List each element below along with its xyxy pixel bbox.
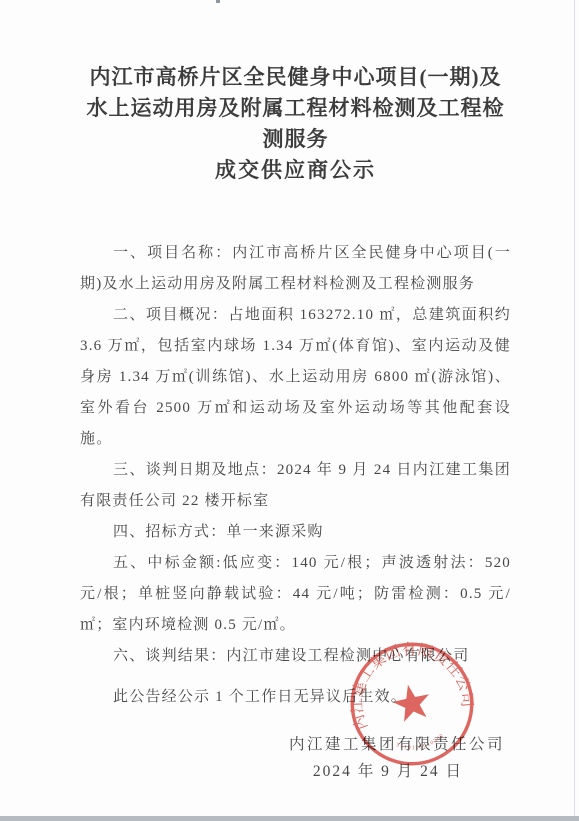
scanned-announcement-page: 内江市高桥片区全民健身中心项目(一期)及水上运动用房及附属工程材料检测及工程检测…	[0, 0, 579, 821]
document-content: 内江市高桥片区全民健身中心项目(一期)及水上运动用房及附属工程材料检测及工程检测…	[0, 0, 579, 785]
announcement-body: 一、项目名称：内江市高桥片区全民健身中心项目(一期)及水上运动用房及附属工程材料…	[80, 238, 511, 672]
paragraph-project-name: 一、项目名称：内江市高桥片区全民健身中心项目(一期)及水上运动用房及附属工程材料…	[80, 238, 511, 300]
scan-edge-right	[574, 0, 575, 821]
paragraph-award-amount: 五、中标金额:低应变：140 元/根；声波透射法：520 元/根；单桩竖向静载试…	[80, 548, 511, 641]
document-subtitle: 成交供应商公示	[80, 155, 511, 186]
scan-artifact-speck	[216, 0, 220, 3]
paragraph-project-overview: 二、项目概况：占地面积 163272.10 ㎡，总建筑面积约3.6 万㎡，包括室…	[80, 300, 511, 455]
document-title: 内江市高桥片区全民健身中心项目(一期)及水上运动用房及附属工程材料检测及工程检测…	[80, 62, 511, 155]
star-icon	[390, 681, 434, 723]
paragraph-tender-method: 四、招标方式：单一来源采购	[80, 517, 511, 548]
paragraph-negotiation-date-place: 三、谈判日期及地点：2024 年 9 月 24 日内江建工集团有限责任公司 22…	[80, 455, 511, 517]
scan-edge-bottom	[0, 816, 579, 821]
company-seal: 内江建工集团有限责任公司 5110115010302	[336, 628, 488, 780]
seal-serial-number: 5110115010302	[394, 732, 446, 755]
